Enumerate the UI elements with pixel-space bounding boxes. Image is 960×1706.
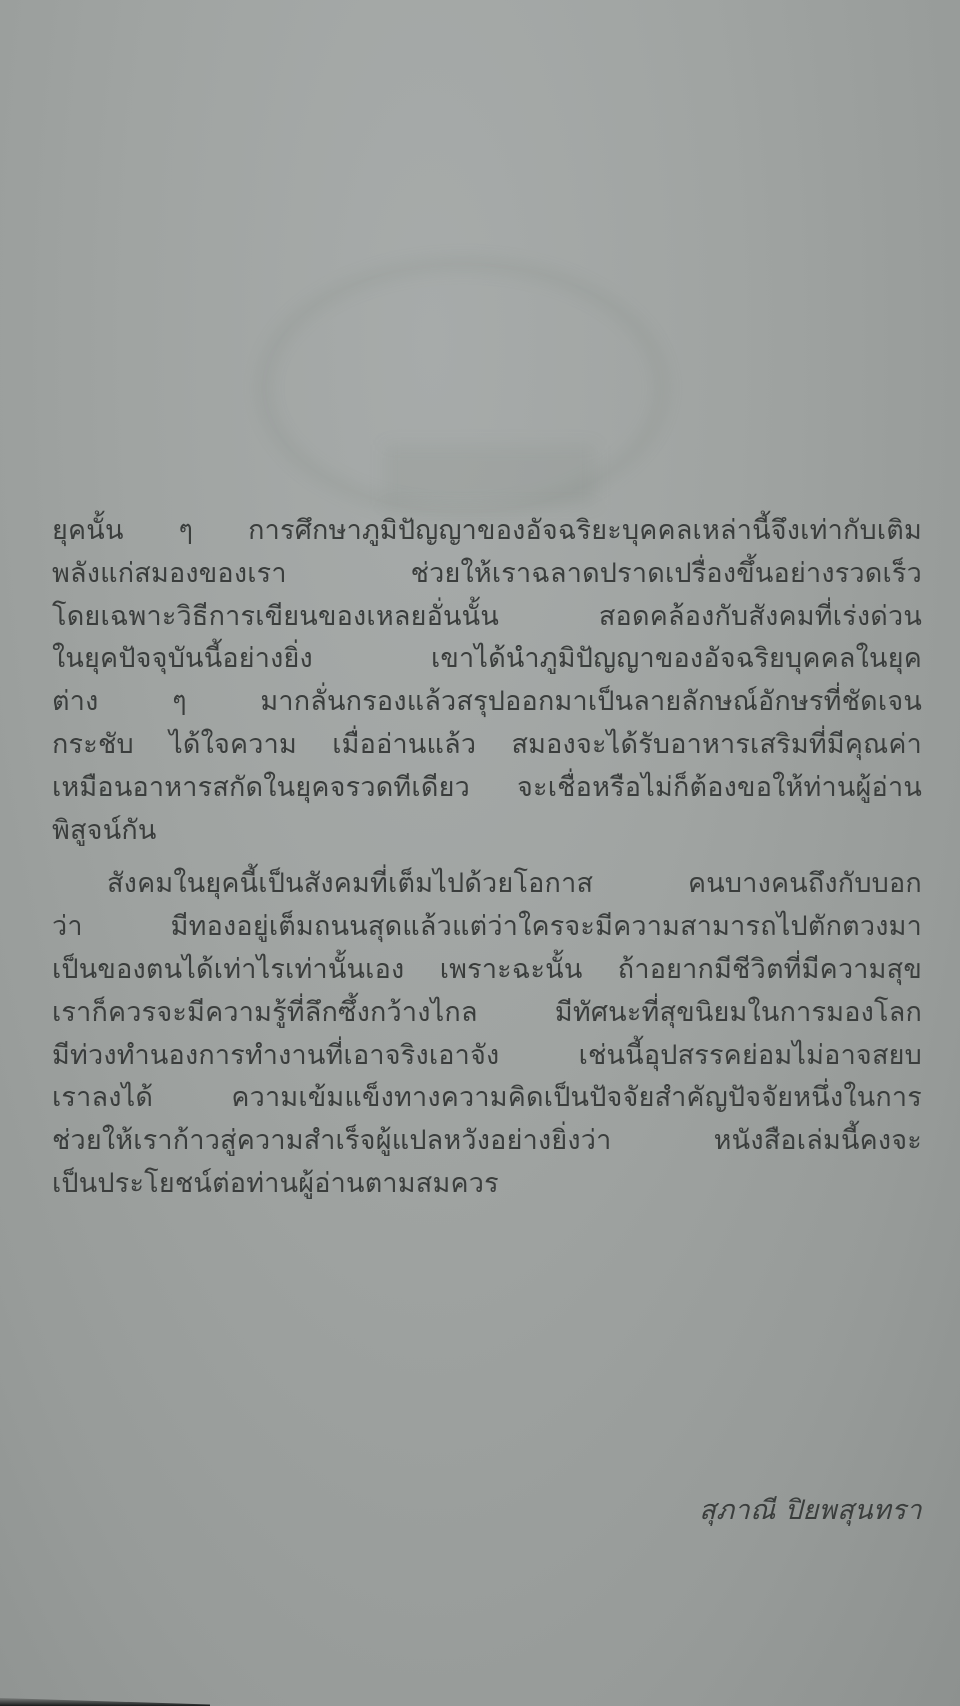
text-line: ยุคนั้น ๆ การศึกษาภูมิปัญญาของอัจฉริยะบุ… xyxy=(52,510,922,553)
text-line: ว่า มีทองอยู่เต็มถนนสุดแล้วแต่ว่าใครจะมี… xyxy=(52,906,922,949)
text-line: เป็นของตนได้เท่าไรเท่านั้นเอง เพราะฉะนั้… xyxy=(52,949,922,992)
text-line: เหมือนอาหารสกัดในยุคจรวดทีเดียว จะเชื่อห… xyxy=(52,767,922,810)
paragraph-2: สังคมในยุคนี้เป็นสังคมที่เต็มไปด้วยโอกาส… xyxy=(52,863,922,1205)
text-line: สังคมในยุคนี้เป็นสังคมที่เต็มไปด้วยโอกาส… xyxy=(52,863,922,906)
text-line: เป็นประโยชน์ต่อท่านผู้อ่านตามสมควร xyxy=(52,1163,922,1206)
text-line: พิสูจน์กัน xyxy=(52,810,922,853)
text-line: พลังแก่สมองของเรา ช่วยให้เราฉลาดปราดเปรื… xyxy=(52,553,922,596)
paragraph-1: ยุคนั้น ๆ การศึกษาภูมิปัญญาของอัจฉริยะบุ… xyxy=(52,510,922,852)
text-line: กระชับ ได้ใจความ เมื่ออ่านแล้ว สมองจะได้… xyxy=(52,724,922,767)
show-through-title xyxy=(385,445,595,505)
text-line: เราลงได้ ความเข้มแข็งทางความคิดเป็นปัจจั… xyxy=(52,1077,922,1120)
text-line: ในยุคปัจจุบันนี้อย่างยิ่ง เขาได้นำภูมิปั… xyxy=(52,638,922,681)
book-page: ยุคนั้น ๆ การศึกษาภูมิปัญญาของอัจฉริยะบุ… xyxy=(0,0,960,1706)
page-edge-shadow xyxy=(0,1696,210,1706)
translator-signature: สุภาณี ปิยพสุนทรา xyxy=(699,1488,922,1531)
text-line: เราก็ควรจะมีความรู้ที่ลึกซึ้งกว้างไกล มี… xyxy=(52,992,922,1035)
text-line: ต่าง ๆ มากลั่นกรองแล้วสรุปออกมาเป็นลายลั… xyxy=(52,681,922,724)
body-text: ยุคนั้น ๆ การศึกษาภูมิปัญญาของอัจฉริยะบุ… xyxy=(52,510,922,1206)
text-line: มีท่วงทำนองการทำงานที่เอาจริงเอาจัง เช่น… xyxy=(52,1035,922,1078)
text-line: ช่วยให้เราก้าวสู่ความสำเร็จผู้แปลหวังอย่… xyxy=(52,1120,922,1163)
text-line: โดยเฉพาะวิธีการเขียนของเหลยอั่นนั้น สอดค… xyxy=(52,596,922,639)
paragraph-gap xyxy=(52,852,922,863)
